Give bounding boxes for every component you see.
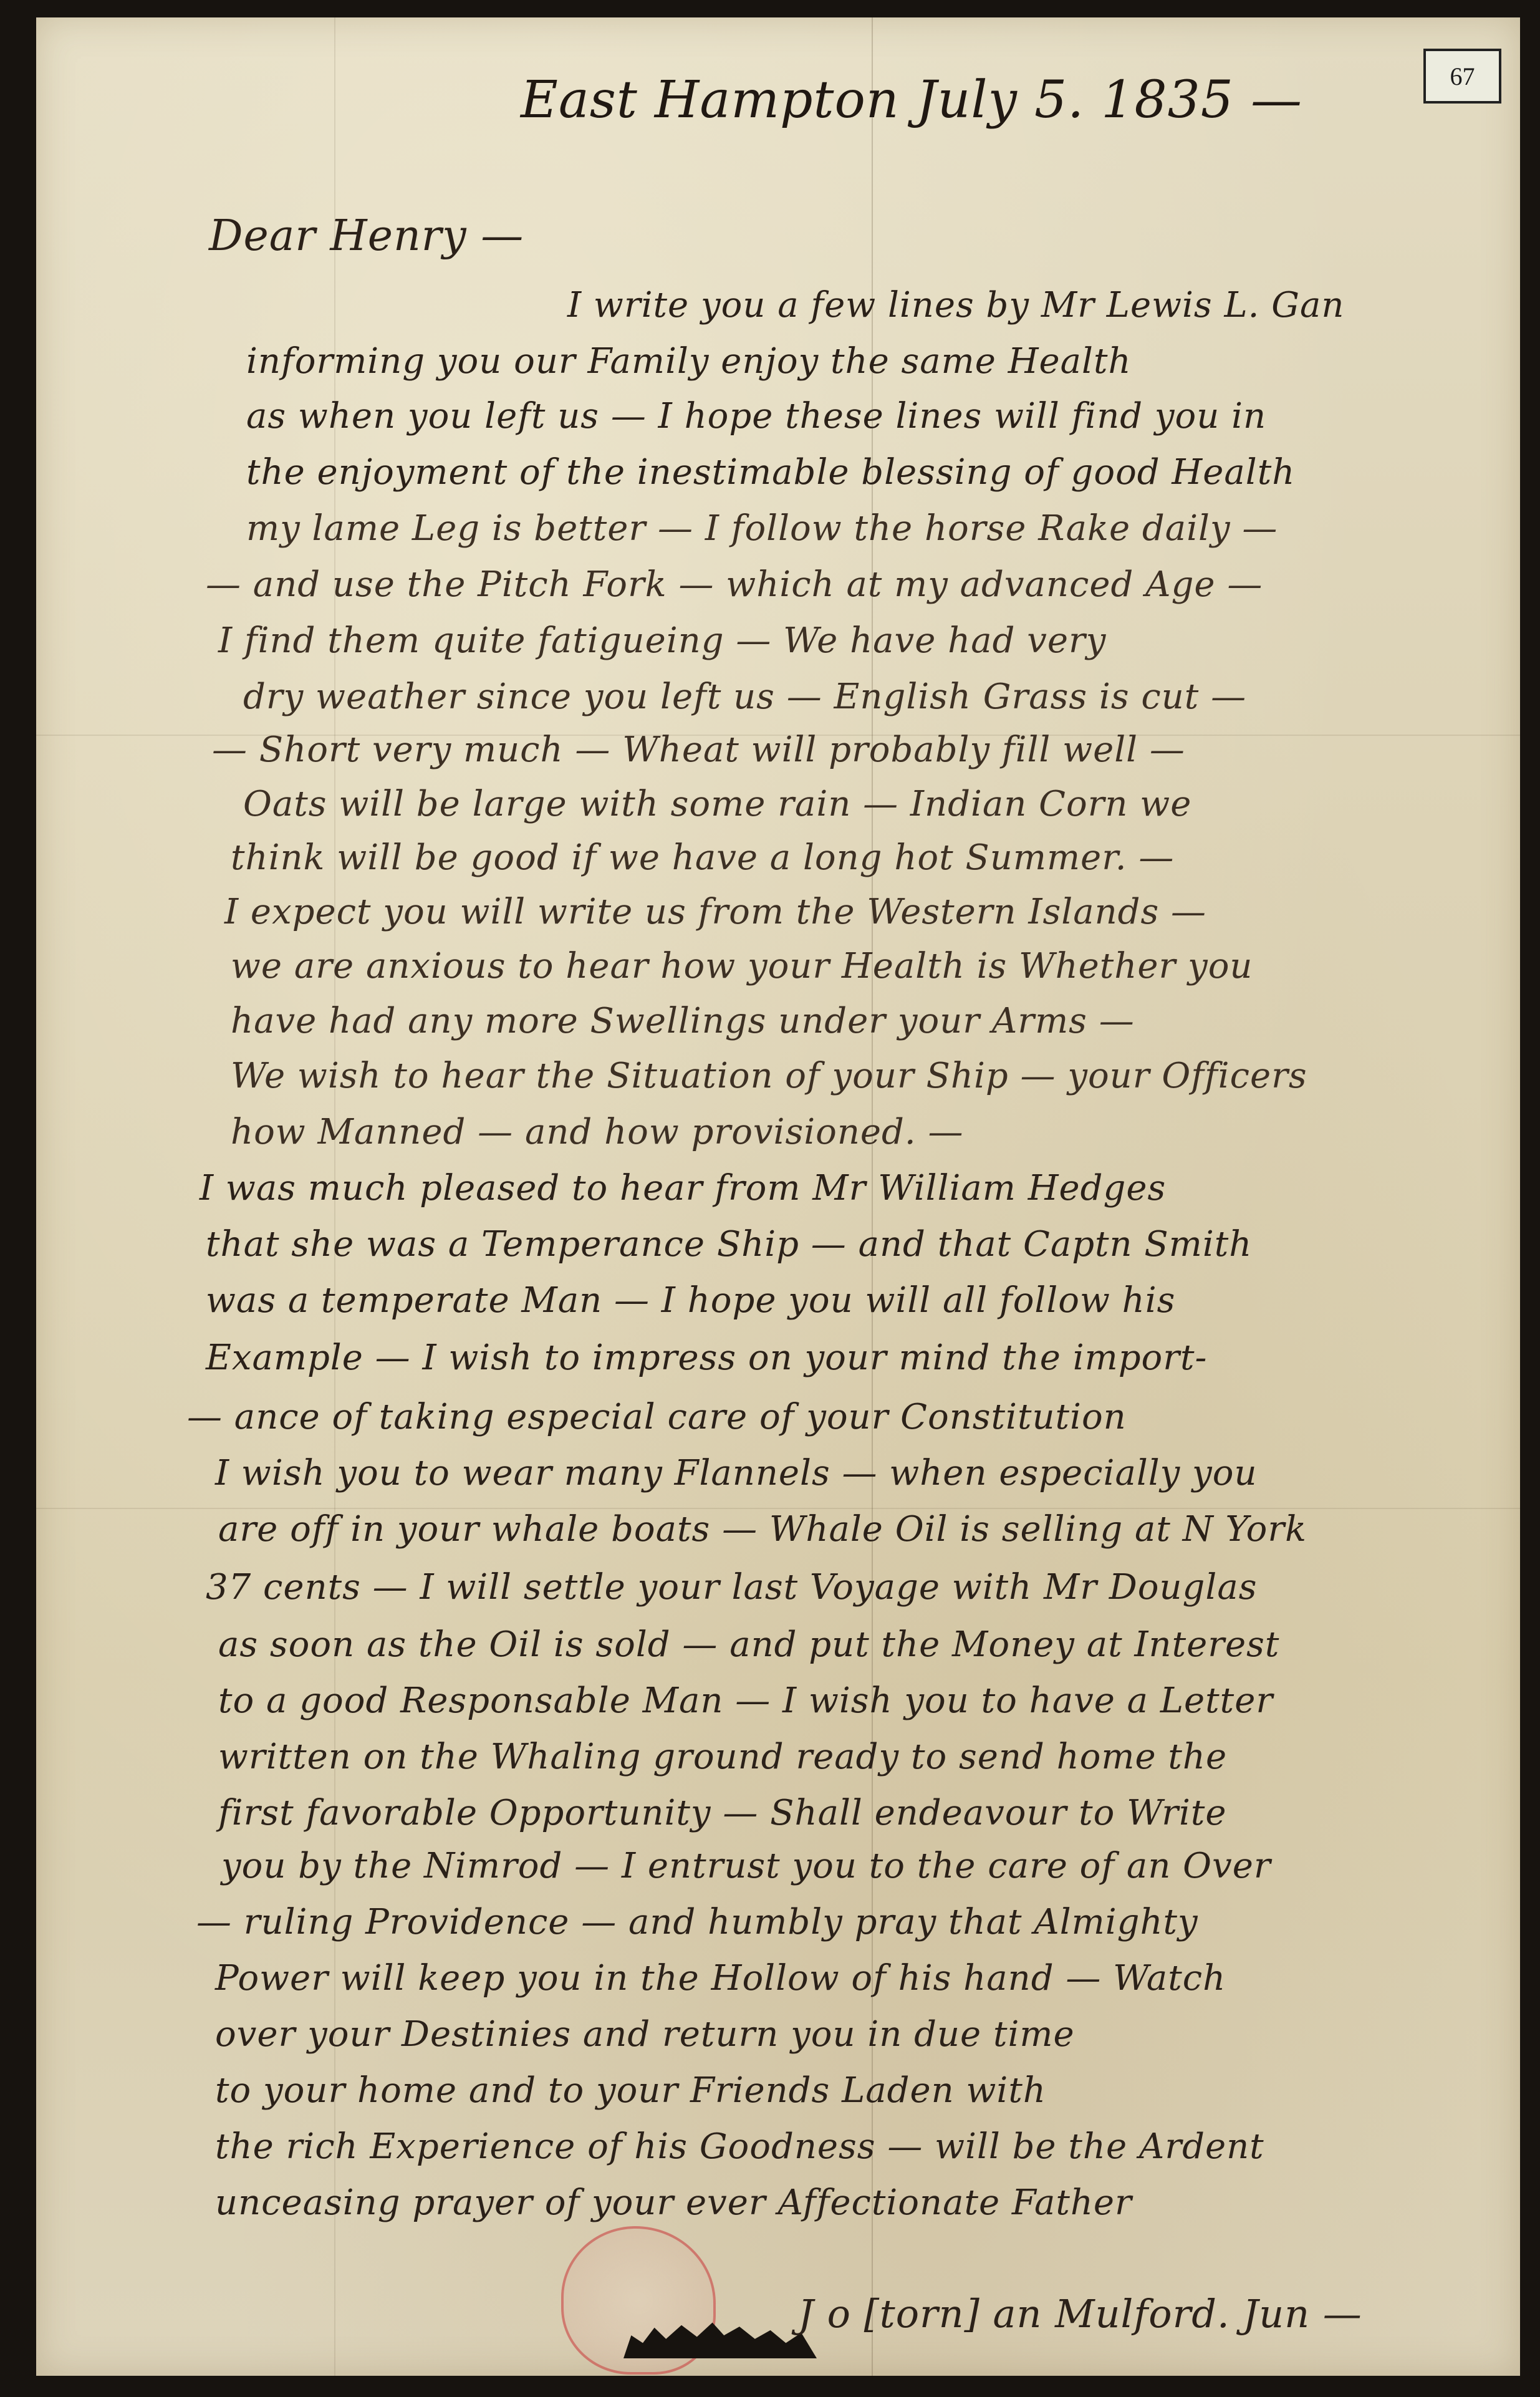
letter-line: dry weather since you left us — English … <box>243 680 1246 715</box>
letter-line: as soon as the Oil is sold — and put the… <box>218 1628 1279 1662</box>
letter-line: I was much pleased to hear from Mr Willi… <box>200 1171 1166 1206</box>
letter-line: that she was a Temperance Ship — and tha… <box>206 1227 1252 1262</box>
letter-line: — Short very much — Wheat will probably … <box>212 733 1185 768</box>
letter-line: the rich Experience of his Goodness — wi… <box>215 2129 1264 2164</box>
letter-line: Oats will be large with some rain — Indi… <box>243 787 1191 822</box>
letter-line: we are anxious to hear how your Health i… <box>231 949 1253 984</box>
letter-line: — ruling Providence — and humbly pray th… <box>196 1905 1198 1940</box>
letter-line: 37 cents — I will settle your last Voyag… <box>206 1570 1257 1605</box>
letter-line: to a good Responsable Man — I wish you t… <box>218 1684 1273 1719</box>
letter-heading: East Hampton July 5. 1835 — <box>521 75 1302 126</box>
letter-line: my lame Leg is better — I follow the hor… <box>246 511 1278 546</box>
letter-line: unceasing prayer of your ever Affectiona… <box>215 2186 1132 2221</box>
letter-line: over your Destinies and return you in du… <box>215 2017 1075 2052</box>
signature: J o [torn] an Mulford. Jun — <box>798 2295 1362 2333</box>
letter-line: you by the Nimrod — I entrust you to the… <box>221 1849 1271 1884</box>
letter-line: first favorable Opportunity — Shall ende… <box>218 1796 1227 1831</box>
letter-line: I expect you will write us from the West… <box>224 895 1206 930</box>
letter-line: I write you a few lines by Mr Lewis L. G… <box>567 288 1344 323</box>
letter-line: Example — I wish to impress on your mind… <box>206 1341 1207 1376</box>
letter-line: think will be good if we have a long hot… <box>231 841 1174 875</box>
salutation: Dear Henry — <box>209 215 524 258</box>
letter-line: how Manned — and how provisioned. — <box>231 1115 963 1150</box>
letter-line: was a temperate Man — I hope you will al… <box>206 1283 1175 1318</box>
letter-line: informing you our Family enjoy the same … <box>246 344 1132 379</box>
letter-line: Power will keep you in the Hollow of his… <box>215 1961 1226 1996</box>
letter-line: have had any more Swellings under your A… <box>231 1004 1135 1039</box>
letter-line: written on the Whaling ground ready to s… <box>218 1740 1227 1775</box>
letter-line: as when you left us — I hope these lines… <box>246 399 1266 434</box>
letter-line: I find them quite fatigueing — We have h… <box>218 624 1106 658</box>
letter-line: are off in your whale boats — Whale Oil … <box>218 1512 1307 1547</box>
letter-line: We wish to hear the Situation of your Sh… <box>231 1059 1307 1094</box>
page-number-label: 67 <box>1423 49 1501 104</box>
letter-line: — and use the Pitch Fork — which at my a… <box>206 567 1263 602</box>
letter-line: the enjoyment of the inestimable blessin… <box>246 455 1295 490</box>
letter-line: to your home and to your Friends Laden w… <box>215 2073 1046 2108</box>
letter-line: — ance of taking especial care of your C… <box>187 1400 1127 1435</box>
letter-line: I wish you to wear many Flannels — when … <box>215 1456 1258 1491</box>
